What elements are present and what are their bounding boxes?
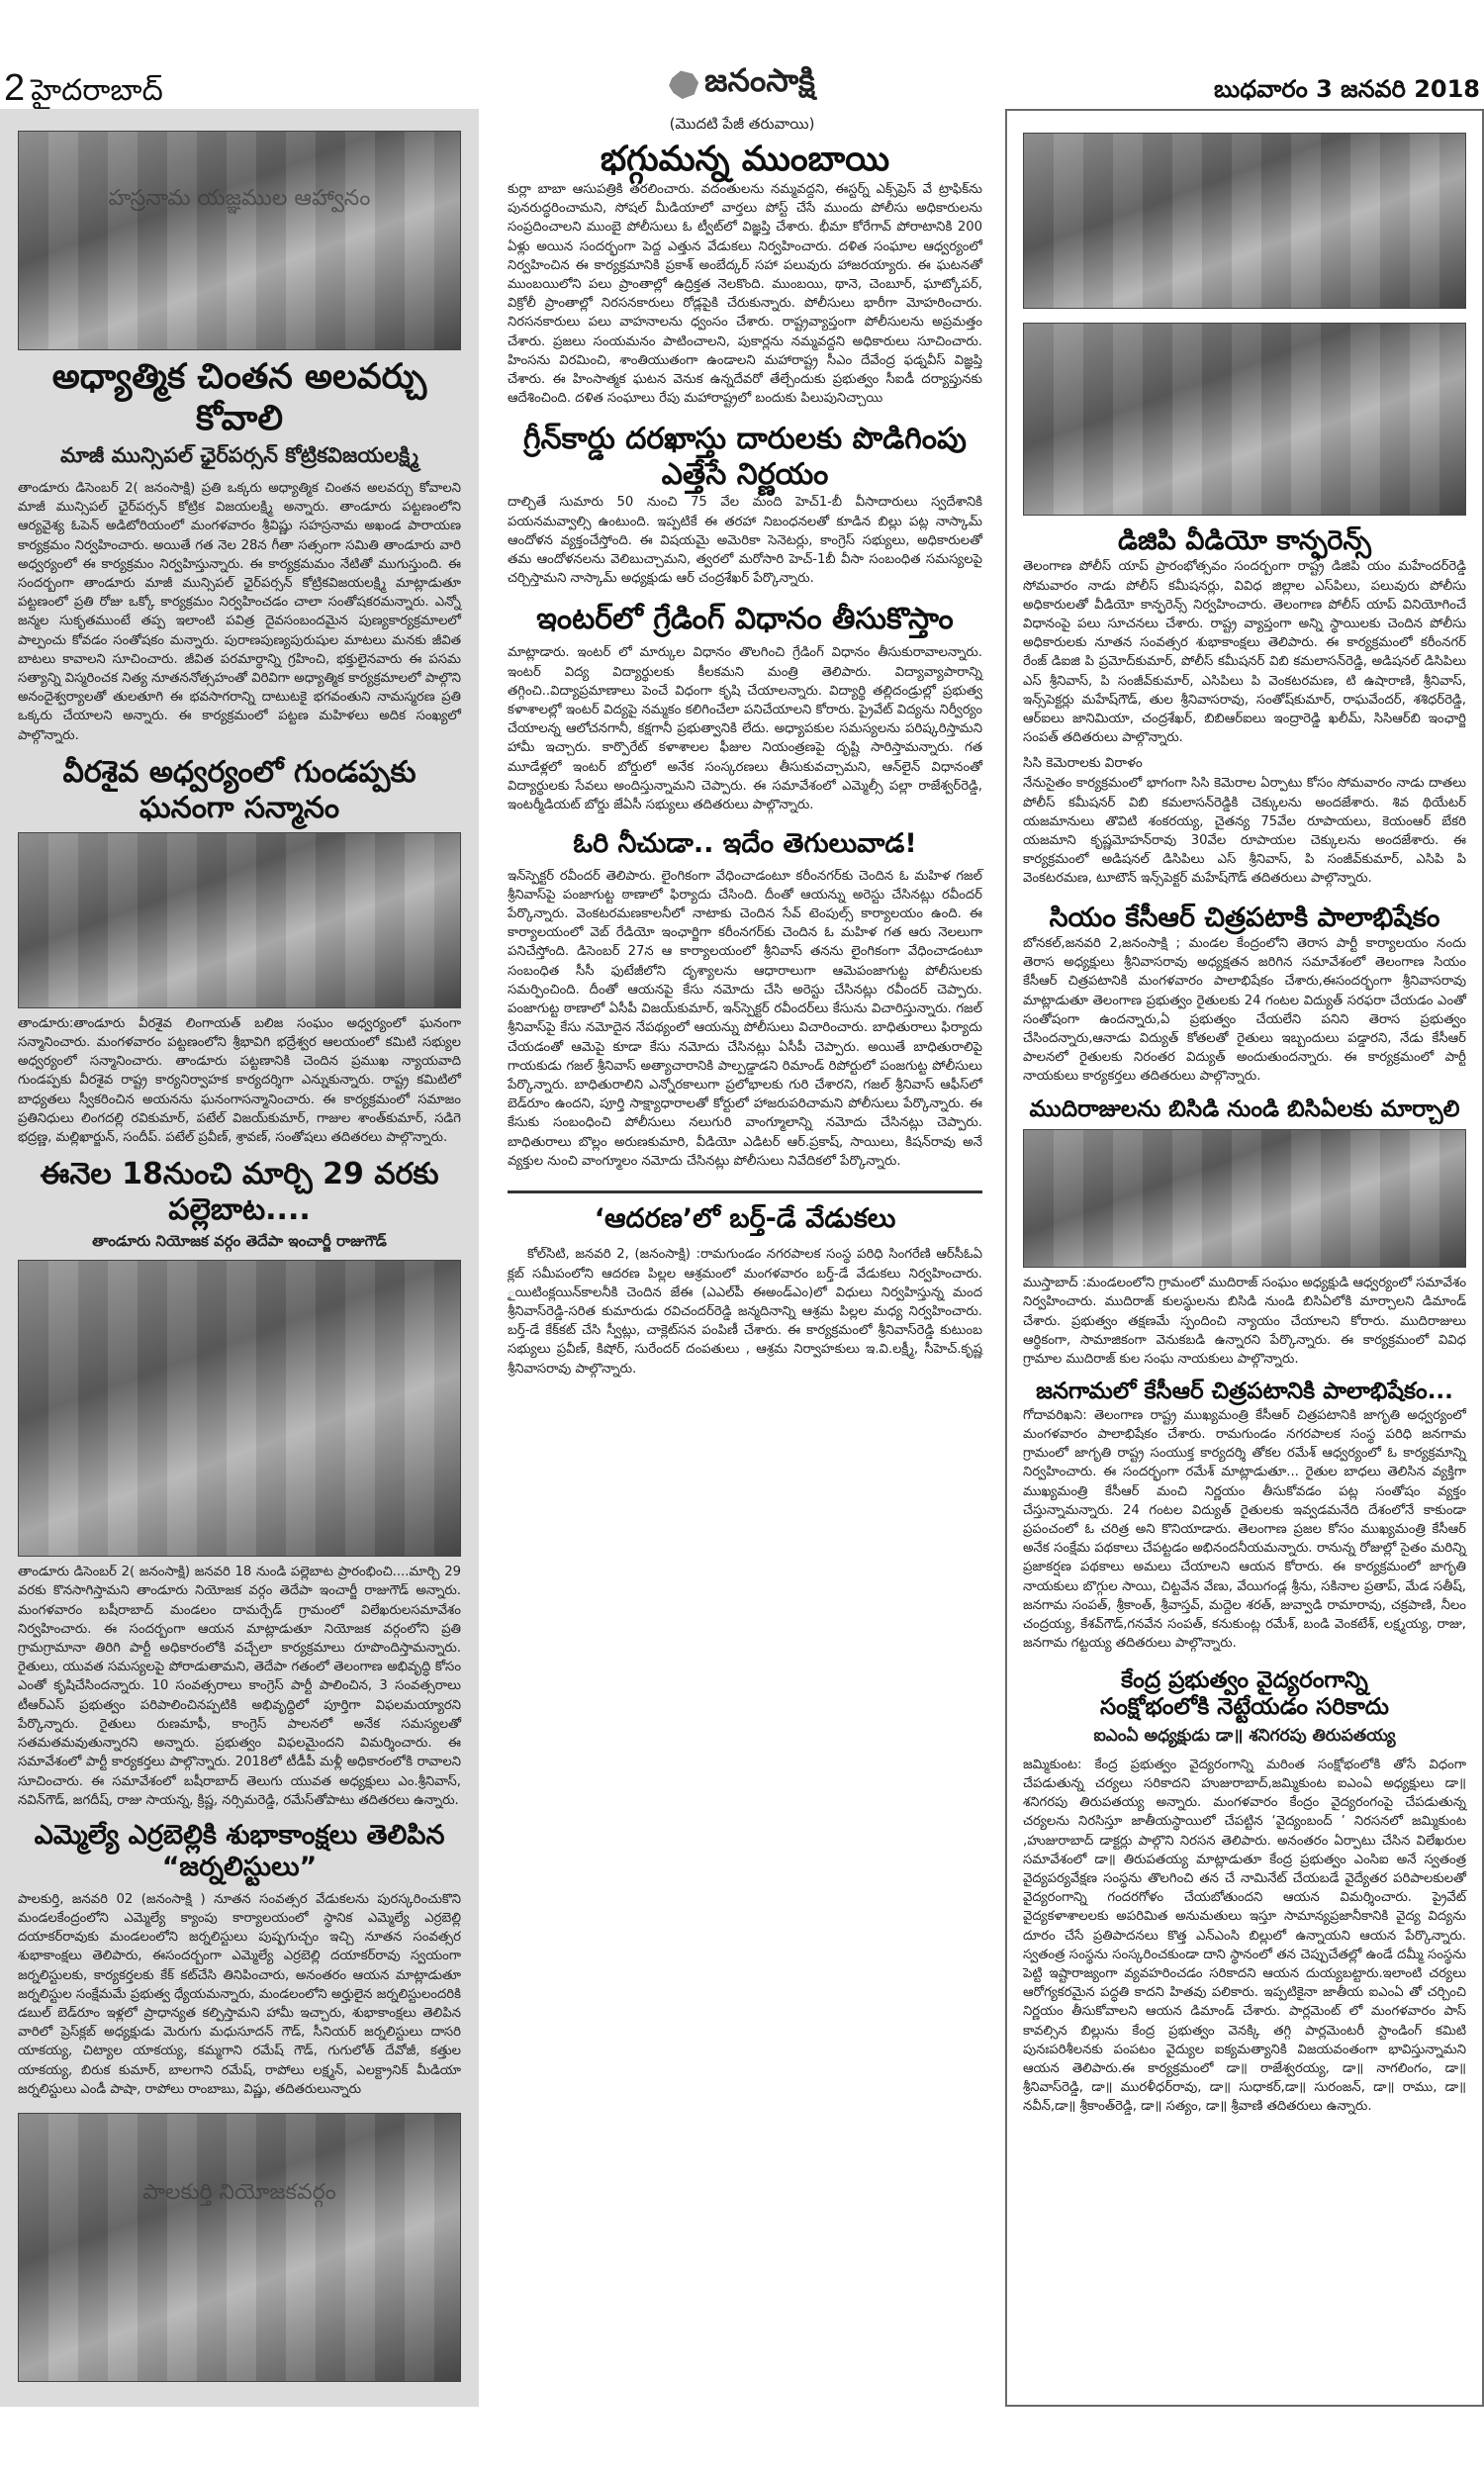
headline-veerashaiva: వీరశైవ అధ్వర్యంలో గుండప్పకు ఘనంగా సన్మాన… [18, 755, 461, 826]
article-body-ghazal-srinivas: ఇన్‌స్పెక్టర్ రవీందర్ తెలిపారు. లైంగికంగ… [508, 867, 982, 1171]
photo-spiritual-event: హస్రనామ యజ్ఞముల ఆహ్వానం [18, 131, 461, 350]
headline-ima-line1: కేంద్ర ప్రభుత్వం వైద్యరంగాన్ని [1023, 1667, 1466, 1695]
section-name: హైదరాబాద్ [31, 73, 163, 108]
article-body-mumbai: కుర్లా బాబా ఆసుపత్రికి తరలించారు. వదంతుల… [508, 180, 982, 408]
photo-banner-text: పాలకుర్తి నియోజకవర్గం [19, 2180, 460, 2210]
sub-section-label-cc-cameras: సిసి కెమెరాలకు విరాళం [1023, 755, 1466, 774]
photo-dgp-conference-1 [1023, 133, 1466, 309]
headline-pallebata: ఈనెల 18నుంచి మార్చి 29 వరకు పల్లెబాట.... [18, 1157, 461, 1228]
headline-inter-grading: ఇంటర్‌లో గ్రేడింగ్ విధానం తీసుకొస్తాం [508, 602, 982, 637]
article-body-greencard: దాల్చితే సుమారు 50 నుంచి 75 వేల మంది హెచ… [508, 493, 982, 588]
headline-spiritual: అధ్యాత్మిక చింతన అలవర్చు కోవాలి [18, 356, 461, 439]
headline-ghazal-srinivas: ఓరి నీచుడా.. ఇదేం తెగులువాడ! [508, 828, 982, 860]
telangana-map-icon [669, 69, 698, 99]
photo-banner-text: హస్రనామ యజ్ఞముల ఆహ్వానం [19, 186, 460, 216]
article-body-inter-grading: మాట్లాడారు. ఇంటర్ లో మార్కుల విధానం తొలగ… [508, 643, 982, 814]
subhead-spiritual: మాజీ మున్సిపల్ ఛైర్‌పర్సన్ కోట్రికవిజయలక… [18, 443, 461, 473]
newspaper-name: జనంసాక్షి [704, 61, 815, 107]
article-body-pallebata: తాండూరు డిసెంబర్ 2( జనంసాక్షి) జనవరి 18 … [18, 1563, 461, 1810]
page-header: 2హైదరాబాద్ జనంసాక్షి (మొదటి పేజీ తరువాయి… [0, 61, 1484, 111]
issue-date: బుధవారం 3 జనవరి 2018 [1214, 75, 1480, 109]
article-body-cc-cameras: నేనుసైతం కార్యక్రమంలో భాగంగా సిసి కెమెరా… [1023, 774, 1466, 888]
headline-dgp-video-conference: డిజిపి వీడియో కాన్ఫరెన్స్ [1023, 525, 1466, 557]
section-divider [508, 1190, 982, 1193]
newspaper-logo: జనంసాక్షి [669, 61, 815, 107]
headline-mumbai: భగ్గుమన్న ముంబాయి [508, 139, 982, 180]
headline-greencard: గ్రీన్‌కార్డు దరఖాస్తు దారులకు పొడిగింపు… [508, 422, 982, 493]
middle-column: భగ్గుమన్న ముంబాయి కుర్లా బాబా ఆసుపత్రికి… [500, 109, 990, 2407]
headline-janagama-kcr: జనగామలో కేసీఆర్ చిత్రపటానికి పాలాభిషేకం.… [1023, 1379, 1466, 1406]
page-number: 2 [4, 67, 25, 109]
headline-ima-line2: సంక్షోభంలోకి నెట్టేయడం సరికాదు [1023, 1694, 1466, 1722]
article-body-mudiraj-bc: ముస్తాబాద్ :మండలంలోని గ్రామంలో ముదిరాజ్ … [1023, 1274, 1466, 1369]
right-column: డిజిపి వీడియో కాన్ఫరెన్స్ తెలంగాణ పోలీస్… [1005, 109, 1484, 2407]
article-body-dgp-video-conference: తెలంగాణ పోలీస్ యాప్ ప్రారంభోత్సవం సందర్బ… [1023, 557, 1466, 747]
headline-adarana-birthday: ‘ఆదరణ’లో బర్త్-డే వేడుకలు [508, 1203, 982, 1235]
article-body-ima: జమ్మికుంట: కేంద్ర ప్రభుత్వం వైద్యరంగాన్న… [1023, 1756, 1466, 2117]
article-body-journalists-wishes: పాలకుర్తి, జనవరి 02 (జనంసాక్షి ) నూతన సం… [18, 1890, 461, 2099]
left-column: హస్రనామ యజ్ఞముల ఆహ్వానం అధ్యాత్మిక చింతన… [0, 109, 479, 2407]
article-body-spiritual: తాండూరు డిసెంబర్ 2( జనంసాక్షి) ప్రతి ఒక్… [18, 479, 461, 745]
article-body-janagama-kcr: గోదావరిఖని: తెలంగాణ రాష్ట్ర ముఖ్యమంత్రి … [1023, 1406, 1466, 1654]
headline-journalists-wishes: ఎమ్మెల్యే ఎర్రబెల్లికి శుభాకాంక్షలు తెలి… [18, 1820, 461, 1884]
subhead-ima: ఐఎంఏ అధ్యక్షుడు డా॥ శనిగరపు తిరుపతయ్య [1023, 1726, 1466, 1750]
photo-dgp-conference-2 [1023, 323, 1466, 516]
headline-mudiraj-bc: ముదిరాజులను బిసిడి నుండి బిసిఏలకు మార్చా… [1023, 1096, 1466, 1124]
photo-veerashaiva-felicitation [18, 832, 461, 1008]
subhead-pallebata: తాండూరు నియోజక వర్గం తెదేపా ఇంచార్జీ రాజ… [18, 1232, 461, 1254]
article-body-adarana-birthday: కోల్‌సిటి, జనవరి 2, (జనంసాక్షి) :రామగుండ… [508, 1245, 982, 1378]
headline-kcr-milk-abhishekam: సియం కేసీఆర్ చిత్రపటాకి పాలాభిషేకం [1023, 903, 1466, 934]
photo-mla-journalists: పాలకుర్తి నియోజకవర్గం [18, 2113, 461, 2382]
page-section-label: 2హైదరాబాద్ [4, 67, 163, 115]
article-body-veerashaiva: తాండూరు:తాండూరు వీరశైవ లింగాయత్ బలిజ సంఘ… [18, 1014, 461, 1147]
photo-mudiraj-meeting [1023, 1129, 1466, 1268]
photo-tdp-meeting [18, 1260, 461, 1557]
article-body-kcr-milk-abhishekam: బోనకల్,జనవరి 2,జనంసాక్షి ; మండల కేంద్రంల… [1023, 934, 1466, 1087]
